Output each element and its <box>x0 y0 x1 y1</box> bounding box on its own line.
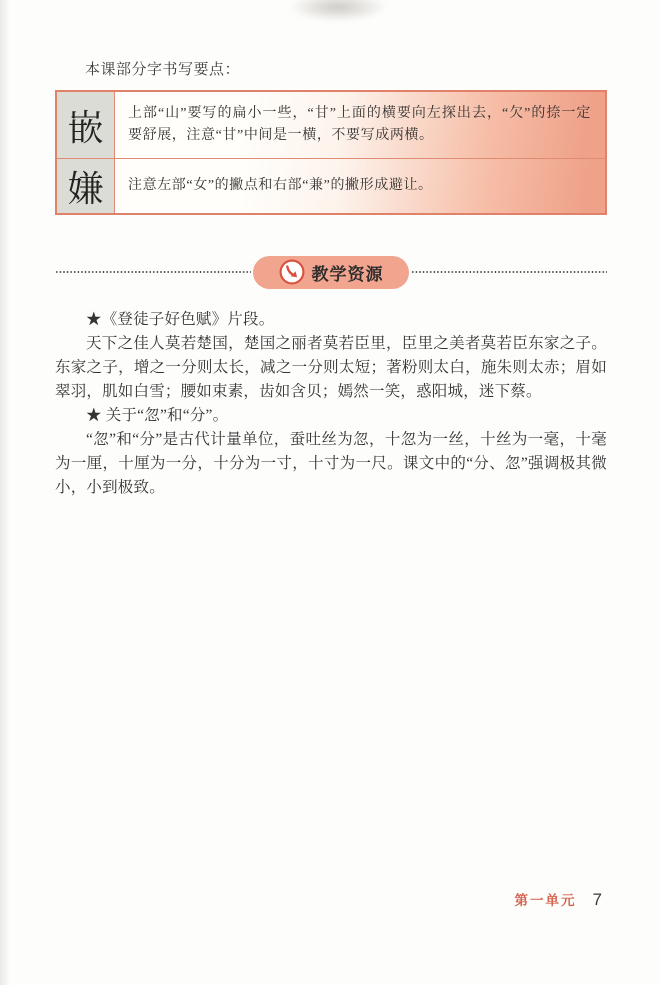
resource-paragraph: 天下之佳人莫若楚国，楚国之丽者莫若臣里，臣里之美者莫若臣东家之子。东家之子，增之… <box>55 332 607 404</box>
resource-badge-label: 教学资源 <box>312 260 384 285</box>
page-number: 7 <box>593 890 602 910</box>
resource-paragraph: “忽”和“分”是古代计量单位，蚕吐丝为忽，十忽为一丝，十丝为一毫，十毫为一厘，十… <box>55 428 607 500</box>
resource-paragraph: ★ 关于“忽”和“分”。 <box>55 404 607 428</box>
tip-cell: 上部“山”要写的扁小一些，“甘”上面的横要向左探出去，“欠”的捺一定要舒展，注意… <box>115 92 605 158</box>
character-glyph: 嵌 <box>67 100 103 151</box>
resource-badge: 教学资源 <box>253 256 409 289</box>
table-row: 嫌 注意左部“女”的撇点和右部“兼”的撇形成避让。 <box>57 159 605 213</box>
tip-text: 上部“山”要写的扁小一些，“甘”上面的横要向左探出去，“欠”的捺一定要舒展，注意… <box>128 103 591 147</box>
resource-paragraph: ★《登徒子好色赋》片段。 <box>55 308 607 332</box>
page-footer: 第一单元 7 <box>515 889 602 910</box>
textbook-page: 本课部分字书写要点： 嵌 上部“山”要写的扁小一些，“甘”上面的横要向左探出去，… <box>0 0 660 985</box>
arrow-down-right-icon <box>279 259 305 285</box>
page-content: 本课部分字书写要点： 嵌 上部“山”要写的扁小一些，“甘”上面的横要向左探出去，… <box>55 0 607 500</box>
section-title: 本课部分字书写要点： <box>85 58 607 79</box>
resource-section-divider: 教学资源 <box>55 255 607 289</box>
unit-label: 第一单元 <box>515 889 577 909</box>
table-row: 嵌 上部“山”要写的扁小一些，“甘”上面的横要向左探出去，“欠”的捺一定要舒展，… <box>57 92 605 159</box>
dotted-rule-right <box>411 271 607 273</box>
scan-edge-shading <box>0 0 10 985</box>
character-glyph: 嫌 <box>67 161 103 212</box>
character-cell: 嵌 <box>57 92 115 158</box>
character-cell: 嫌 <box>57 159 115 213</box>
tip-cell: 注意左部“女”的撇点和右部“兼”的撇形成避让。 <box>115 159 605 213</box>
resource-body: ★《登徒子好色赋》片段。 天下之佳人莫若楚国，楚国之丽者莫若臣里，臣里之美者莫若… <box>55 308 607 500</box>
tip-text: 注意左部“女”的撇点和右部“兼”的撇形成避让。 <box>128 175 433 197</box>
dotted-rule-left <box>55 271 251 273</box>
writing-tips-table: 嵌 上部“山”要写的扁小一些，“甘”上面的横要向左探出去，“欠”的捺一定要舒展，… <box>55 90 607 215</box>
